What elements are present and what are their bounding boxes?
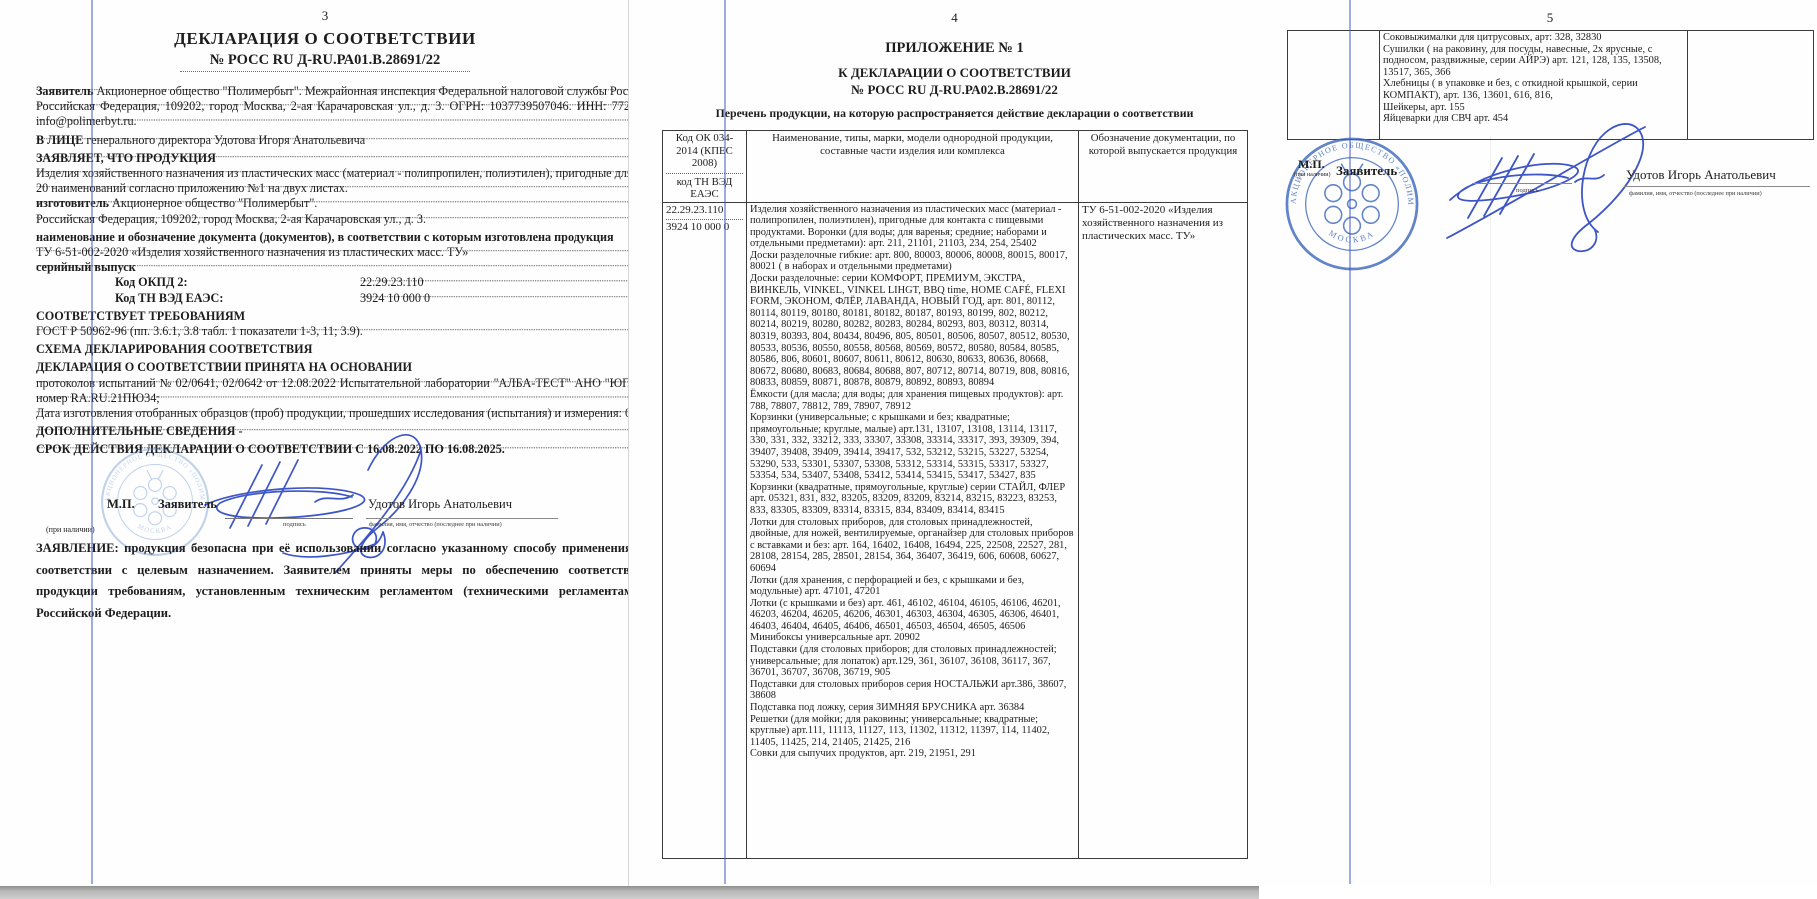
page-3-number: 3 xyxy=(0,8,628,24)
field-manufacturer-address: Российская Федерация, 109202, город Моск… xyxy=(36,212,628,227)
product-group: Решетки (для мойки; для раковины; универ… xyxy=(750,714,1075,749)
field-protocols: протоколов испытаний № 02/0641, 02/0642 … xyxy=(36,376,628,406)
field-okpd: Код ОКПД 2:22.29.23.110 xyxy=(36,275,628,290)
header-scheme: СХЕМА ДЕКЛАРИРОВАНИЯ СООТВЕТСТВИЯ xyxy=(36,342,628,357)
fold-line-right xyxy=(1349,0,1351,884)
signature-line xyxy=(225,518,353,519)
product-group: Хлебницы ( в упаковке и без, с откидной … xyxy=(1383,78,1684,101)
documentation-cell-empty xyxy=(1688,31,1814,140)
header-declares: ЗАЯВЛЯЕТ, ЧТО ПРОДУКЦИЯ xyxy=(36,151,628,166)
field-manufacturer: изготовитель Акционерное общество "Полим… xyxy=(36,196,628,211)
field-applicant: Заявитель Акционерное общество "Полимерб… xyxy=(36,84,628,99)
product-group: Корзинки (универсальные; с крышками и бе… xyxy=(750,412,1075,482)
header-doc-basis: наименование и обозначение документа (до… xyxy=(36,230,628,245)
pane-divider xyxy=(628,0,629,886)
product-group: Минибоксы универсальные арт. 20902 xyxy=(750,632,1075,644)
product-group: Соковыжималки для цитрусовых, арт: 328, … xyxy=(1383,32,1684,44)
field-tu: ТУ 6-51-002-2020 «Изделия хозяйственного… xyxy=(36,245,628,260)
products-cell-continued: Соковыжималки для цитрусовых, арт: 328, … xyxy=(1380,31,1688,140)
signature-caption: подпись xyxy=(283,521,306,528)
mp-note: (при наличии) xyxy=(1294,172,1331,178)
signature-caption: подпись xyxy=(1516,187,1539,194)
appendix-doc-number: № РОСС RU Д-RU.РА02.В.28691/22 xyxy=(662,82,1247,98)
declaration-body: Заявитель Акционерное общество "Полимерб… xyxy=(36,84,628,458)
signer-name: Удотов Игорь Анатольевич xyxy=(368,497,512,512)
page-4-number: 4 xyxy=(662,10,1247,26)
product-group: Доски разделочные: серии КОМФОРТ, ПРЕМИУ… xyxy=(750,273,1075,389)
col-header-products: Наименование, типы, марки, модели одноро… xyxy=(747,131,1079,203)
product-group: Яйцеварки для СВЧ арт. 454 xyxy=(1383,113,1684,125)
signature-row: М.П. Заявитель подпись Удотов Игорь Анат… xyxy=(0,492,628,540)
appendix-subtitle: К ДЕКЛАРАЦИИ О СООТВЕТСТВИИ xyxy=(662,65,1247,81)
mp-label: М.П. xyxy=(1298,157,1325,172)
field-serial: серийный выпуск xyxy=(36,260,628,275)
page-5: 5 Соковыжималки для цитрусовых, арт: 328… xyxy=(1260,0,1817,886)
field-validity: СРОК ДЕЙСТВИЯ ДЕКЛАРАЦИИ О СООТВЕТСТВИИ … xyxy=(36,442,628,457)
product-group: Доски разделочные гибкие: арт. 800, 8000… xyxy=(750,250,1075,273)
mp-note: (при наличии) xyxy=(46,525,95,534)
declaration-number: № РОСС RU Д-RU.РА01.В.28691/22 xyxy=(0,52,628,72)
applicant-label: Заявитель xyxy=(158,497,217,512)
product-group: Совки для сыпучих продуктов, арт. 219, 2… xyxy=(750,748,1075,760)
name-line xyxy=(366,518,558,519)
col-header-documentation: Обозначение документации, по которой вып… xyxy=(1079,131,1248,203)
fold-line-middle xyxy=(724,0,726,884)
page-5-number: 5 xyxy=(1287,10,1813,26)
codes-cell-empty xyxy=(1288,31,1380,140)
products-table-continued: Соковыжималки для цитрусовых, арт: 328, … xyxy=(1287,30,1814,140)
company-seal-stamp: АКЦИОНЕРНОЕ ОБЩЕСТВО «ПОЛИМЕРБЫТ» МОСКВА xyxy=(1282,135,1422,273)
product-group: Ёмкости (для масла; для воды; для хранен… xyxy=(750,389,1075,412)
product-group: Изделия хозяйственного назначения из пла… xyxy=(750,204,1075,250)
products-cell: Изделия хозяйственного назначения из пла… xyxy=(747,202,1079,858)
product-group: Лотки для столовых приборов, для столовы… xyxy=(750,517,1075,575)
field-in-person: В ЛИЦЕ генерального директора Удотова Иг… xyxy=(36,133,628,148)
name-caption: фамилия, имя, отчество (последнее при на… xyxy=(1629,190,1817,197)
header-conforms: СООТВЕТСТВУЕТ ТРЕБОВАНИЯМ xyxy=(36,309,628,324)
product-group: Шейкеры, арт. 155 xyxy=(1383,102,1684,114)
mp-label: М.П. xyxy=(107,497,135,512)
applicant-label: Заявитель xyxy=(1336,163,1397,179)
product-group: Подставка под ложку, серия ЗИМНЯЯ БРУСНИ… xyxy=(750,702,1075,714)
products-table: Код ОК 034-2014 (КПЕС 2008) код ТН ВЭД Е… xyxy=(662,130,1248,859)
field-items-count: 20 наименований согласно приложению №1 н… xyxy=(36,181,628,196)
product-group: Корзинки (квадратные, прямоугольные, кру… xyxy=(750,482,1075,517)
product-group: Лотки (для хранения, с перфорацией и без… xyxy=(750,575,1075,598)
product-group: Лотки (с крышками и без) арт. 461, 46102… xyxy=(750,598,1075,633)
fold-line-left xyxy=(91,0,93,884)
appendix-caption: Перечень продукции, на которую распростр… xyxy=(662,106,1247,121)
codes-cell: 22.29.23.110 3924 10 000 0 xyxy=(663,202,747,858)
field-tnved: Код ТН ВЭД ЕАЭС:3924 10 000 0 xyxy=(36,291,628,306)
header-basis: ДЕКЛАРАЦИЯ О СООТВЕТСТВИИ ПРИНЯТА НА ОСН… xyxy=(36,360,628,375)
appendix-title: ПРИЛОЖЕНИЕ № 1 xyxy=(662,40,1247,57)
page-3-title: ДЕКЛАРАЦИЯ О СООТВЕТСТВИИ xyxy=(0,29,628,49)
scan-edge-line xyxy=(1490,136,1491,884)
field-gost: ГОСТ Р 50962-96 (пп. 3.6.1, 3.8 табл. 1 … xyxy=(36,324,628,339)
product-group: Подставки (для столовых приборов; для ст… xyxy=(750,644,1075,679)
product-group: Сушилки ( на раковину, для посуды, навес… xyxy=(1383,44,1684,79)
field-samples-date: Дата изготовления отобранных образцов (п… xyxy=(36,406,628,421)
documentation-cell: ТУ 6-51-002-2020 «Изделия хозяйственного… xyxy=(1079,202,1248,858)
signer-name: Удотов Игорь Анатольевич xyxy=(1626,167,1776,183)
col-header-codes: Код ОК 034-2014 (КПЕС 2008) код ТН ВЭД Е… xyxy=(663,131,747,203)
field-product-description: Изделия хозяйственного назначения из пла… xyxy=(36,166,628,181)
signature-line xyxy=(1472,183,1572,184)
name-caption: фамилия, имя, отчество (последнее при на… xyxy=(369,521,502,528)
svg-text:МОСКВА: МОСКВА xyxy=(1327,229,1376,245)
field-applicant-address: Российская Федерация, 109202, город Моск… xyxy=(36,99,628,129)
scanned-declaration-document: 3 ДЕКЛАРАЦИЯ О СООТВЕТСТВИИ № РОСС RU Д-… xyxy=(0,0,1817,899)
page-3: 3 ДЕКЛАРАЦИЯ О СООТВЕТСТВИИ № РОСС RU Д-… xyxy=(0,0,628,886)
scan-bottom-edge xyxy=(0,886,1259,899)
product-group: Подставки для столовых приборов серия НО… xyxy=(750,679,1075,702)
header-additional-info: ДОПОЛНИТЕЛЬНЫЕ СВЕДЕНИЯ - xyxy=(36,424,628,439)
safety-statement: ЗАЯВЛЕНИЕ: продукция безопасна при её ис… xyxy=(36,538,628,624)
name-line xyxy=(1624,186,1810,187)
